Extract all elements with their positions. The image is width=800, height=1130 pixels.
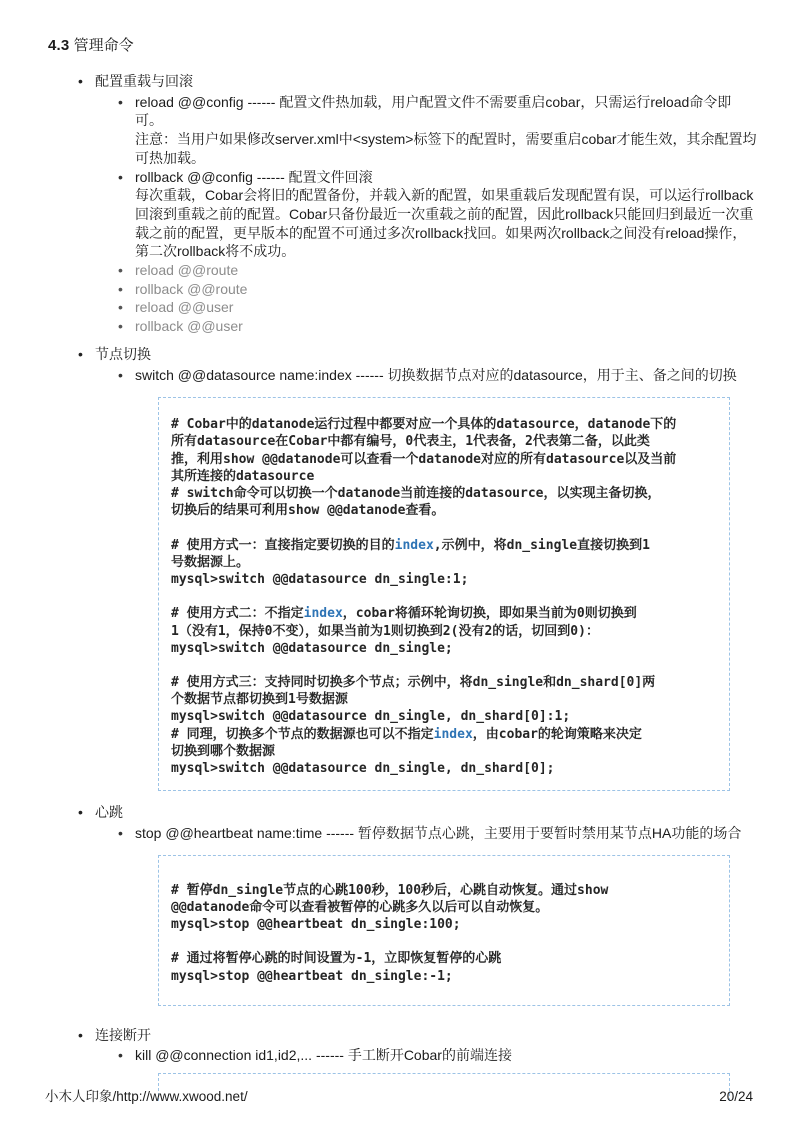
item-body: 每次重载，Cobar会将旧的配置备份，并载入新的配置，如果重载后发现配置有误，可…	[135, 186, 757, 261]
code-line: # 使用方式二：不指定index，cobar将循环轮询切换，即如果当前为0则切换…	[171, 605, 717, 622]
footer-site-url: 小木人印象/http://www.xwood.net/	[45, 1088, 248, 1106]
item-note: 注意：当用户如果修改server.xml中<system>标签下的配置时，需要重…	[135, 130, 757, 167]
section-title: 心跳	[48, 803, 755, 822]
section-heartbeat: 心跳 stop @@heartbeat name:time ------ 暂停数…	[48, 803, 755, 1006]
item-text: switch @@datasource name:index ------ 切换…	[135, 366, 757, 385]
item-text: reload @@route	[135, 261, 757, 280]
heading-text: 管理命令	[74, 37, 134, 54]
code-line: 号数据源上。	[171, 554, 717, 571]
code-line: 其所连接的datasource	[171, 468, 717, 485]
code-line: 切换后的结果可利用show @@datanode查看。	[171, 502, 717, 519]
section-node-switch: 节点切换 switch @@datasource name:index ----…	[48, 345, 755, 791]
list-item-reload-user: reload @@user	[48, 298, 755, 317]
list-item-rollback-config: rollback @@config ------ 配置文件回滚 每次重载，Cob…	[48, 168, 755, 262]
section-config-reload: 配置重载与回滚 reload @@config ------ 配置文件热加载，用…	[48, 72, 755, 336]
list-item-reload-route: reload @@route	[48, 261, 755, 280]
item-text: stop @@heartbeat name:time ------ 暂停数据节点…	[135, 824, 757, 843]
code-line: # switch命令可以切换一个datanode当前连接的datasource，…	[171, 485, 717, 502]
code-line	[171, 588, 717, 605]
code-line: # 暂停dn_single节点的心跳100秒，100秒后，心跳自动恢复。通过sh…	[171, 882, 717, 899]
code-line	[171, 933, 717, 950]
code-block-switch: # Cobar中的datanode运行过程中都要对应一个具体的datasourc…	[158, 397, 730, 791]
code-line: 个数据节点都切换到1号数据源	[171, 691, 717, 708]
code-line: mysql>switch @@datasource dn_single;	[171, 640, 717, 657]
code-keyword: index	[395, 538, 434, 553]
code-line: mysql>stop @@heartbeat dn_single:-1;	[171, 968, 717, 985]
code-line	[171, 519, 717, 536]
page-number: 20/24	[719, 1088, 753, 1106]
code-line: @@datanode命令可以查看被暂停的心跳多久以后可以自动恢复。	[171, 899, 717, 916]
code-line: 1（没有1，保持0不变），如果当前为1则切换到2(没有2的话，切回到0)：	[171, 623, 717, 640]
item-text: reload @@user	[135, 298, 757, 317]
code-line: # 同理，切换多个节点的数据源也可以不指定index，由cobar的轮询策略来决…	[171, 726, 717, 743]
code-line: mysql>switch @@datasource dn_single, dn_…	[171, 760, 717, 777]
section-title: 节点切换	[48, 345, 755, 364]
page-title: 4.3 管理命令	[48, 36, 755, 55]
list-item-switch-datasource: switch @@datasource name:index ------ 切换…	[48, 366, 755, 385]
code-line: 切换到哪个数据源	[171, 743, 717, 760]
section-title: 连接断开	[48, 1026, 755, 1045]
list-item-reload-config: reload @@config ------ 配置文件热加载，用户配置文件不需要…	[48, 93, 755, 168]
code-line: # 通过将暂停心跳的时间设置为-1，立即恢复暂停的心跳	[171, 950, 717, 967]
code-line: mysql>switch @@datasource dn_single, dn_…	[171, 708, 717, 725]
code-line: 所有datasource在Cobar中都有编号，0代表主，1代表备，2代表第二备…	[171, 433, 717, 450]
page-footer: 小木人印象/http://www.xwood.net/ 20/24	[45, 1088, 753, 1106]
item-text: kill @@connection id1,id2,... ------ 手工断…	[135, 1046, 757, 1065]
code-keyword: index	[434, 727, 473, 742]
item-text: rollback @@user	[135, 317, 757, 336]
section-title: 配置重载与回滚	[48, 72, 755, 91]
code-line: 推，利用show @@datanode可以查看一个datanode对应的所有da…	[171, 451, 717, 468]
item-text: rollback @@config ------ 配置文件回滚	[135, 168, 757, 187]
heading-number: 4.3	[48, 37, 69, 54]
code-block-heartbeat: # 暂停dn_single节点的心跳100秒，100秒后，心跳自动恢复。通过sh…	[158, 855, 730, 1006]
code-line: # 使用方式三：支持同时切换多个节点；示例中，将dn_single和dn_sha…	[171, 674, 717, 691]
code-keyword: index	[304, 606, 343, 621]
item-text: rollback @@route	[135, 280, 757, 299]
code-line: mysql>stop @@heartbeat dn_single:100;	[171, 916, 717, 933]
code-line	[171, 657, 717, 674]
document-page: 4.3 管理命令 配置重载与回滚 reload @@config ------ …	[0, 0, 800, 1130]
list-item-rollback-route: rollback @@route	[48, 280, 755, 299]
item-text: reload @@config ------ 配置文件热加载，用户配置文件不需要…	[135, 93, 757, 130]
list-item-rollback-user: rollback @@user	[48, 317, 755, 336]
code-line: mysql>switch @@datasource dn_single:1;	[171, 571, 717, 588]
list-item-stop-heartbeat: stop @@heartbeat name:time ------ 暂停数据节点…	[48, 824, 755, 843]
list-item-kill-connection: kill @@connection id1,id2,... ------ 手工断…	[48, 1046, 755, 1065]
code-line: # Cobar中的datanode运行过程中都要对应一个具体的datasourc…	[171, 416, 717, 433]
code-line: # 使用方式一：直接指定要切换的目的index,示例中，将dn_single直接…	[171, 537, 717, 554]
page-content: 4.3 管理命令 配置重载与回滚 reload @@config ------ …	[0, 0, 800, 1101]
